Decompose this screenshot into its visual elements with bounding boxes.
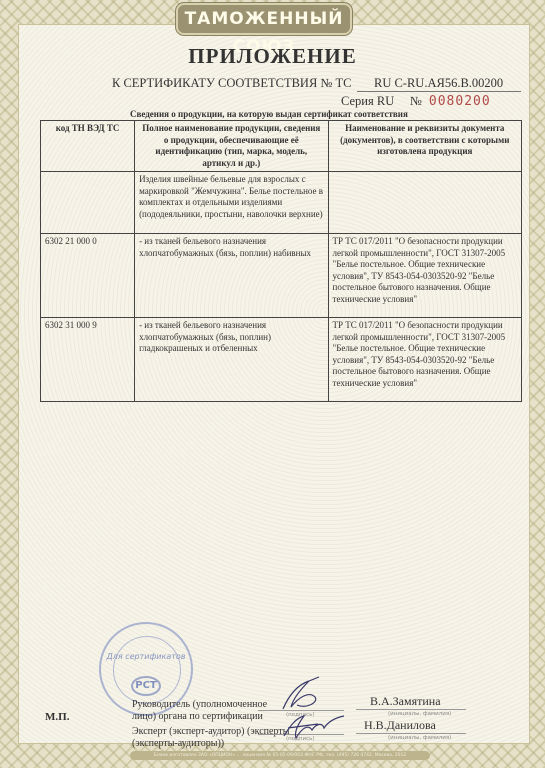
cell-documents: ТР ТС 017/2011 "О безопасности продукции…: [328, 234, 521, 318]
expert-name-line: [356, 733, 466, 734]
certificate-label: К СЕРТИФИКАТУ СООТВЕТСТВИЯ № ТС: [112, 76, 351, 90]
expert-name-caption: (инициалы, фамилия): [388, 735, 451, 741]
head-name-line: [356, 709, 466, 710]
rst-logo-icon: РСТ: [131, 676, 161, 696]
stamp-text: Для сертификатов: [101, 652, 191, 661]
table-caption: Сведения о продукции, на которую выдан с…: [130, 109, 408, 119]
head-signature-icon: [275, 675, 335, 715]
certificate-number: RU C-RU.АЯ56.В.00200: [357, 76, 521, 92]
series-no-label: №: [410, 94, 422, 108]
expert-signature-icon: [278, 712, 350, 742]
cell-documents: ТР ТС 017/2011 "О безопасности продукции…: [328, 318, 521, 402]
column-header-product: Полное наименование продукции, сведения …: [135, 121, 328, 172]
product-table: код ТН ВЭД ТС Полное наименование продук…: [40, 120, 522, 402]
cell-code: 6302 21 000 0: [41, 234, 135, 318]
table-row: 6302 31 000 9 - из тканей бельевого назн…: [41, 318, 522, 402]
cell-documents: [328, 172, 521, 234]
head-name: В.А.Замятина: [370, 694, 441, 709]
series-number: 0080200: [429, 94, 491, 109]
cell-product: Изделия швейные бельевые для взрослых с …: [135, 172, 328, 234]
cell-product: - из тканей бельевого назначения хлопчат…: [135, 318, 328, 402]
cell-code: 6302 31 000 9: [41, 318, 135, 402]
customs-union-banner: ТАМОЖЕННЫЙ СОЮЗ: [176, 3, 352, 35]
cell-product: - из тканей бельевого назначения хлопчат…: [135, 234, 328, 318]
table-row: Изделия швейные бельевые для взрослых с …: [41, 172, 522, 234]
expert-role-label: Эксперт (эксперт-аудитор) (эксперты (экс…: [132, 726, 302, 750]
series-line: Серия RU № 0080200: [341, 94, 491, 109]
column-header-documents: Наименование и реквизиты документа (доку…: [328, 121, 521, 172]
certificate-number-line: К СЕРТИФИКАТУ СООТВЕТСТВИЯ № ТС RU C-RU.…: [112, 76, 521, 92]
seal-place-label: М.П.: [45, 711, 69, 723]
column-header-code: код ТН ВЭД ТС: [41, 121, 135, 172]
cell-code: [41, 172, 135, 234]
series-label: Серия RU: [341, 94, 394, 108]
footer-microprint: Бланк изготовлен ЗАО «ОПЦИОН» ... лиценз…: [130, 751, 430, 760]
table-header-row: код ТН ВЭД ТС Полное наименование продук…: [41, 121, 522, 172]
table-row: 6302 21 000 0 - из тканей бельевого назн…: [41, 234, 522, 318]
head-role-label: Руководитель (уполномоченное лицо) орган…: [132, 699, 292, 723]
page-title: ПРИЛОЖЕНИЕ: [0, 44, 545, 69]
head-name-caption: (инициалы, фамилия): [388, 711, 451, 717]
expert-name: Н.В.Данилова: [364, 718, 436, 733]
